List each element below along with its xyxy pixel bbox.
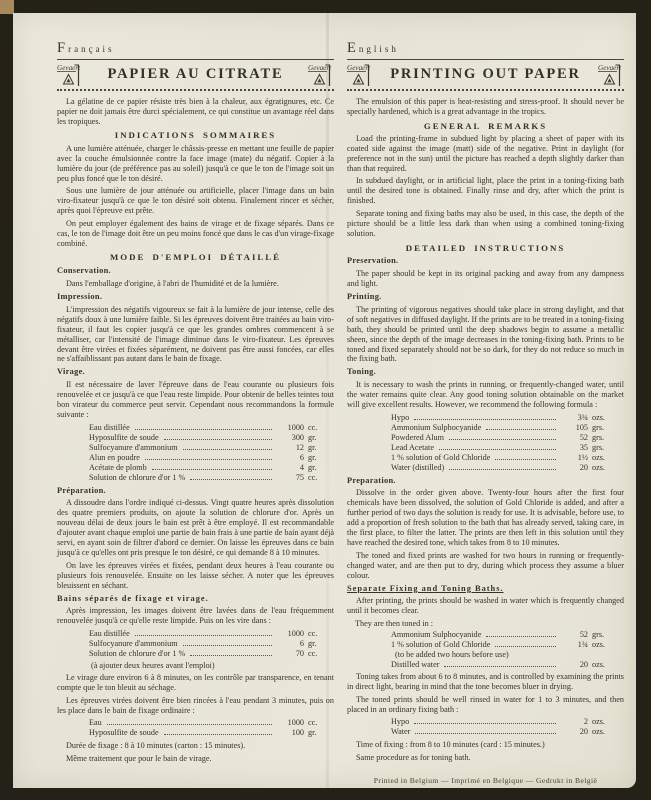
formula-row: Hypo 2 ozs. xyxy=(391,717,614,727)
french-title-banner: Gevaert PAPIER AU CITRATE Gevaert xyxy=(57,63,334,87)
body-paragraph: The paper should be kept in its original… xyxy=(347,269,624,289)
dot-leader xyxy=(415,733,556,734)
gevaert-logo-icon: Gevaert xyxy=(347,63,373,87)
chemical-quantity: 52 xyxy=(560,630,588,640)
body-paragraph: The printing of vigorous negatives shoul… xyxy=(347,305,624,365)
french-column: Français Gevaert PAPIER AU CITRATE xyxy=(57,40,334,788)
chemical-name: Hypo xyxy=(391,413,409,423)
english-intro: The emulsion of this paper is heat-resis… xyxy=(347,97,624,117)
formula-table: Hypo 2 ozs. Water 20 ozs. xyxy=(391,717,614,737)
body-paragraph: Dans l'emballage d'origine, à l'abri de … xyxy=(57,279,334,289)
chemical-quantity: 4 xyxy=(276,463,304,473)
body-paragraph: Le virage dure environ 6 à 8 minutes, on… xyxy=(57,673,334,693)
french-header-rule xyxy=(57,59,334,60)
chemical-quantity: 1½ xyxy=(560,453,588,463)
formula-row: Water 20 ozs. xyxy=(391,727,614,737)
body-paragraph: On peut employer également des bains de … xyxy=(57,219,334,249)
chemical-quantity: 20 xyxy=(560,727,588,737)
chemical-unit: ozs. xyxy=(588,463,614,473)
formula-row: Water (distilled) 20 ozs. xyxy=(391,463,614,473)
chemical-quantity: 70 xyxy=(276,649,304,659)
dot-leader xyxy=(164,439,272,440)
formula-row: Hyposulfite de soude 300 gr. xyxy=(89,433,330,443)
chemical-quantity: 105 xyxy=(560,423,588,433)
body-paragraph: The toned and fixed prints are washed fo… xyxy=(347,551,624,581)
subsection-label: Bains séparés de fixage et virage. xyxy=(57,594,334,604)
chemical-name: Sulfocyanure d'ammonium xyxy=(89,639,178,649)
body-paragraph: Separate toning and fixing baths may als… xyxy=(347,209,624,239)
subsection-label: Préparation. xyxy=(57,486,334,496)
chemical-quantity: 1¾ xyxy=(560,640,588,650)
chemical-name: 1 % solution of Gold Chloride xyxy=(391,640,490,650)
dot-leader xyxy=(107,724,272,725)
subsection-label: Virage. xyxy=(57,367,334,377)
formula-row: 1 % solution of Gold Chloride 1½ ozs. xyxy=(391,453,614,463)
chemical-quantity: 100 xyxy=(276,728,304,738)
chemical-name: Powdered Alum xyxy=(391,433,444,443)
chemical-unit: ozs. xyxy=(588,717,614,727)
french-section-heading: INDICATIONS SOMMAIRES xyxy=(57,130,334,141)
chemical-quantity: 20 xyxy=(560,463,588,473)
body-paragraph: Il est nécessaire de laver l'épreuve dan… xyxy=(57,380,334,420)
body-paragraph: In subdued daylight, or in artificial li… xyxy=(347,176,624,206)
english-title: PRINTING OUT PAPER xyxy=(377,66,594,84)
chemical-quantity: 1000 xyxy=(276,629,304,639)
chemical-unit: grs. xyxy=(588,433,614,443)
body-paragraph: Toning takes from about 6 to 8 minutes, … xyxy=(347,672,624,692)
chemical-unit: cc. xyxy=(304,718,330,728)
scan-corner-background xyxy=(0,0,14,14)
chemical-name: Eau distillée xyxy=(89,629,130,639)
dot-leader xyxy=(164,734,272,735)
body-paragraph: Durée de fixage : 8 à 10 minutes (carton… xyxy=(57,741,334,751)
formula-table: Eau distillée 1000 cc. Hyposulfite de so… xyxy=(89,423,330,483)
body-paragraph: It is necessary to wash the prints in ru… xyxy=(347,380,624,410)
formula-row: Sulfocyanure d'ammonium 6 gr. xyxy=(89,639,330,649)
chemical-name: (to be added two hours before use) xyxy=(391,650,509,660)
formula-table: Eau 1000 cc. Hyposulfite de soude 100 gr… xyxy=(89,718,330,738)
dot-leader xyxy=(495,459,556,460)
french-dotted-rule xyxy=(57,89,334,93)
chemical-quantity: 6 xyxy=(276,639,304,649)
body-paragraph: Sous une lumière de jour atténuée ou art… xyxy=(57,186,334,216)
formula-row: Eau distillée 1000 cc. xyxy=(89,423,330,433)
chemical-unit: gr. xyxy=(304,433,330,443)
dot-leader xyxy=(449,439,556,440)
formula-table: Ammonium Sulphocyanide 52 grs. 1 % solut… xyxy=(391,630,614,670)
dot-leader xyxy=(439,449,556,450)
body-paragraph: Dissolve in the order given above. Twent… xyxy=(347,488,624,548)
chemical-unit: ozs. xyxy=(588,640,614,650)
formula-row: Ammonium Sulphocyanide 52 grs. xyxy=(391,630,614,640)
english-title-banner: Gevaert PRINTING OUT PAPER Gevaert xyxy=(347,63,624,87)
chemical-quantity: 75 xyxy=(276,473,304,483)
body-paragraph: After printing, the prints should be was… xyxy=(347,596,624,616)
formula-row: Solution de chlorure d'or 1 % 70 cc. xyxy=(89,649,330,659)
scanned-leaflet: Français Gevaert PAPIER AU CITRATE xyxy=(0,0,651,800)
dot-leader xyxy=(152,469,272,470)
english-language-label: English xyxy=(347,40,624,58)
imprint-line: Printed in Belgium — Imprimé en Belgique… xyxy=(347,776,624,785)
body-paragraph: Après impression, les images doivent êtr… xyxy=(57,606,334,626)
chemical-name: Eau distillée xyxy=(89,423,130,433)
body-paragraph: A dissoudre dans l'ordre indiqué ci-dess… xyxy=(57,498,334,558)
dot-leader xyxy=(449,469,556,470)
formula-note: (à ajouter deux heures avant l'emploi) xyxy=(91,661,334,671)
chemical-name: Solution de chlorure d'or 1 % xyxy=(89,649,185,659)
subsection-label: Printing. xyxy=(347,292,624,302)
formula-row: Distilled water 20 ozs. xyxy=(391,660,614,670)
chemical-name: Ammonium Sulphocyanide xyxy=(391,630,481,640)
english-dotted-rule xyxy=(347,89,624,93)
chemical-quantity: 12 xyxy=(276,443,304,453)
chemical-unit: cc. xyxy=(304,649,330,659)
body-paragraph: Les épreuves virées doivent être bien ri… xyxy=(57,696,334,716)
chemical-unit: gr. xyxy=(304,639,330,649)
subsection-label: Toning. xyxy=(347,367,624,377)
formula-row: Eau 1000 cc. xyxy=(89,718,330,728)
subsection-label: Conservation. xyxy=(57,266,334,276)
leaflet-page: Français Gevaert PAPIER AU CITRATE xyxy=(13,13,636,788)
formula-row: Ammonium Sulphocyanide 105 grs. xyxy=(391,423,614,433)
chemical-unit: grs. xyxy=(588,443,614,453)
dot-leader xyxy=(444,666,556,667)
formula-row: Sulfocyanure d'ammonium 12 gr. xyxy=(89,443,330,453)
english-section-heading: DETAILED INSTRUCTIONS xyxy=(347,243,624,254)
subsection-label: Separate Fixing and Toning Baths. xyxy=(347,584,624,594)
chemical-quantity: 1000 xyxy=(276,718,304,728)
body-paragraph: Load the printing-frame in subdued light… xyxy=(347,134,624,174)
body-paragraph: The toned prints should be well rinsed i… xyxy=(347,695,624,715)
chemical-unit: ozs. xyxy=(588,727,614,737)
gevaert-logo-icon: Gevaert xyxy=(598,63,624,87)
formula-table: Eau distillée 1000 cc. Sulfocyanure d'am… xyxy=(89,629,330,659)
chemical-name: Sulfocyanure d'ammonium xyxy=(89,443,178,453)
dot-leader xyxy=(135,429,272,430)
english-header-rule xyxy=(347,59,624,60)
body-paragraph: Same procedure as for toning bath. xyxy=(347,753,624,763)
subsection-label: Preparation. xyxy=(347,476,624,486)
dot-leader xyxy=(145,459,272,460)
body-paragraph: On lave les épreuves virées et fixées, p… xyxy=(57,561,334,591)
chemical-quantity: 3¾ xyxy=(560,413,588,423)
formula-row: Hypo 3¾ ozs. xyxy=(391,413,614,423)
chemical-unit: cc. xyxy=(304,473,330,483)
body-paragraph: A une lumière atténuée, charger le châss… xyxy=(57,144,334,184)
chemical-unit: gr. xyxy=(304,463,330,473)
dot-leader xyxy=(135,635,272,636)
chemical-name: Hyposulfite de soude xyxy=(89,433,159,443)
dot-leader xyxy=(486,636,556,637)
formula-row: Lead Acetate 35 grs. xyxy=(391,443,614,453)
body-paragraph: They are then toned in : xyxy=(355,619,624,629)
dot-leader xyxy=(190,479,272,480)
chemical-unit: cc. xyxy=(304,423,330,433)
chemical-unit: gr. xyxy=(304,453,330,463)
chemical-name: Acétate de plomb xyxy=(89,463,147,473)
chemical-unit: ozs. xyxy=(588,413,614,423)
chemical-quantity: 300 xyxy=(276,433,304,443)
chemical-quantity: 20 xyxy=(560,660,588,670)
dot-leader xyxy=(495,646,556,647)
formula-row: Powdered Alum 52 grs. xyxy=(391,433,614,443)
french-intro: La gélatine de ce papier résiste très bi… xyxy=(57,97,334,127)
dot-leader xyxy=(183,449,272,450)
dot-leader xyxy=(190,655,272,656)
chemical-unit: gr. xyxy=(304,443,330,453)
dot-leader xyxy=(414,419,556,420)
formula-row: Solution de chlorure d'or 1 % 75 cc. xyxy=(89,473,330,483)
chemical-name: 1 % solution of Gold Chloride xyxy=(391,453,490,463)
dot-leader xyxy=(183,645,272,646)
formula-row: Alun en poudre 6 gr. xyxy=(89,453,330,463)
chemical-quantity: 2 xyxy=(560,717,588,727)
chemical-unit: grs. xyxy=(588,630,614,640)
english-section-heading: GENERAL REMARKS xyxy=(347,121,624,132)
chemical-unit: gr. xyxy=(304,728,330,738)
french-title: PAPIER AU CITRATE xyxy=(87,66,304,84)
chemical-name: Lead Acetate xyxy=(391,443,434,453)
chemical-unit: ozs. xyxy=(588,660,614,670)
chemical-quantity: 1000 xyxy=(276,423,304,433)
formula-row: 1 % solution of Gold Chloride 1¾ ozs. xyxy=(391,640,614,650)
formula-table: Hypo 3¾ ozs. Ammonium Sulphocyanide 105 … xyxy=(391,413,614,473)
dot-leader xyxy=(486,429,556,430)
chemical-name: Eau xyxy=(89,718,102,728)
chemical-name: Ammonium Sulphocyanide xyxy=(391,423,481,433)
gevaert-logo-icon: Gevaert xyxy=(57,63,83,87)
formula-row: Eau distillée 1000 cc. xyxy=(89,629,330,639)
chemical-name: Alun en poudre xyxy=(89,453,140,463)
chemical-name: Hyposulfite de soude xyxy=(89,728,159,738)
subsection-label: Impression. xyxy=(57,292,334,302)
chemical-quantity: 52 xyxy=(560,433,588,443)
chemical-unit: cc. xyxy=(304,629,330,639)
chemical-quantity: 6 xyxy=(276,453,304,463)
body-paragraph: L'impression des négatifs vigoureux se f… xyxy=(57,305,334,365)
french-language-label: Français xyxy=(57,40,334,58)
body-paragraph: Même traitement que pour le bain de vira… xyxy=(57,754,334,764)
subsection-label: Preservation. xyxy=(347,256,624,266)
chemical-unit: grs. xyxy=(588,423,614,433)
french-section-heading: MODE D'EMPLOI DÉTAILLÉ xyxy=(57,252,334,263)
chemical-unit: ozs. xyxy=(588,453,614,463)
formula-row: Hyposulfite de soude 100 gr. xyxy=(89,728,330,738)
formula-row: (to be added two hours before use) xyxy=(391,650,614,660)
chemical-name: Hypo xyxy=(391,717,409,727)
gevaert-logo-icon: Gevaert xyxy=(308,63,334,87)
chemical-name: Distilled water xyxy=(391,660,439,670)
chemical-name: Solution de chlorure d'or 1 % xyxy=(89,473,185,483)
chemical-name: Water (distilled) xyxy=(391,463,444,473)
chemical-name: Water xyxy=(391,727,410,737)
chemical-quantity: 35 xyxy=(560,443,588,453)
dot-leader xyxy=(414,723,556,724)
body-paragraph: Time of fixing : from 8 to 10 minutes (c… xyxy=(347,740,624,750)
english-column: English Gevaert PRINTING OUT PAPER xyxy=(347,40,624,788)
formula-row: Acétate de plomb 4 gr. xyxy=(89,463,330,473)
